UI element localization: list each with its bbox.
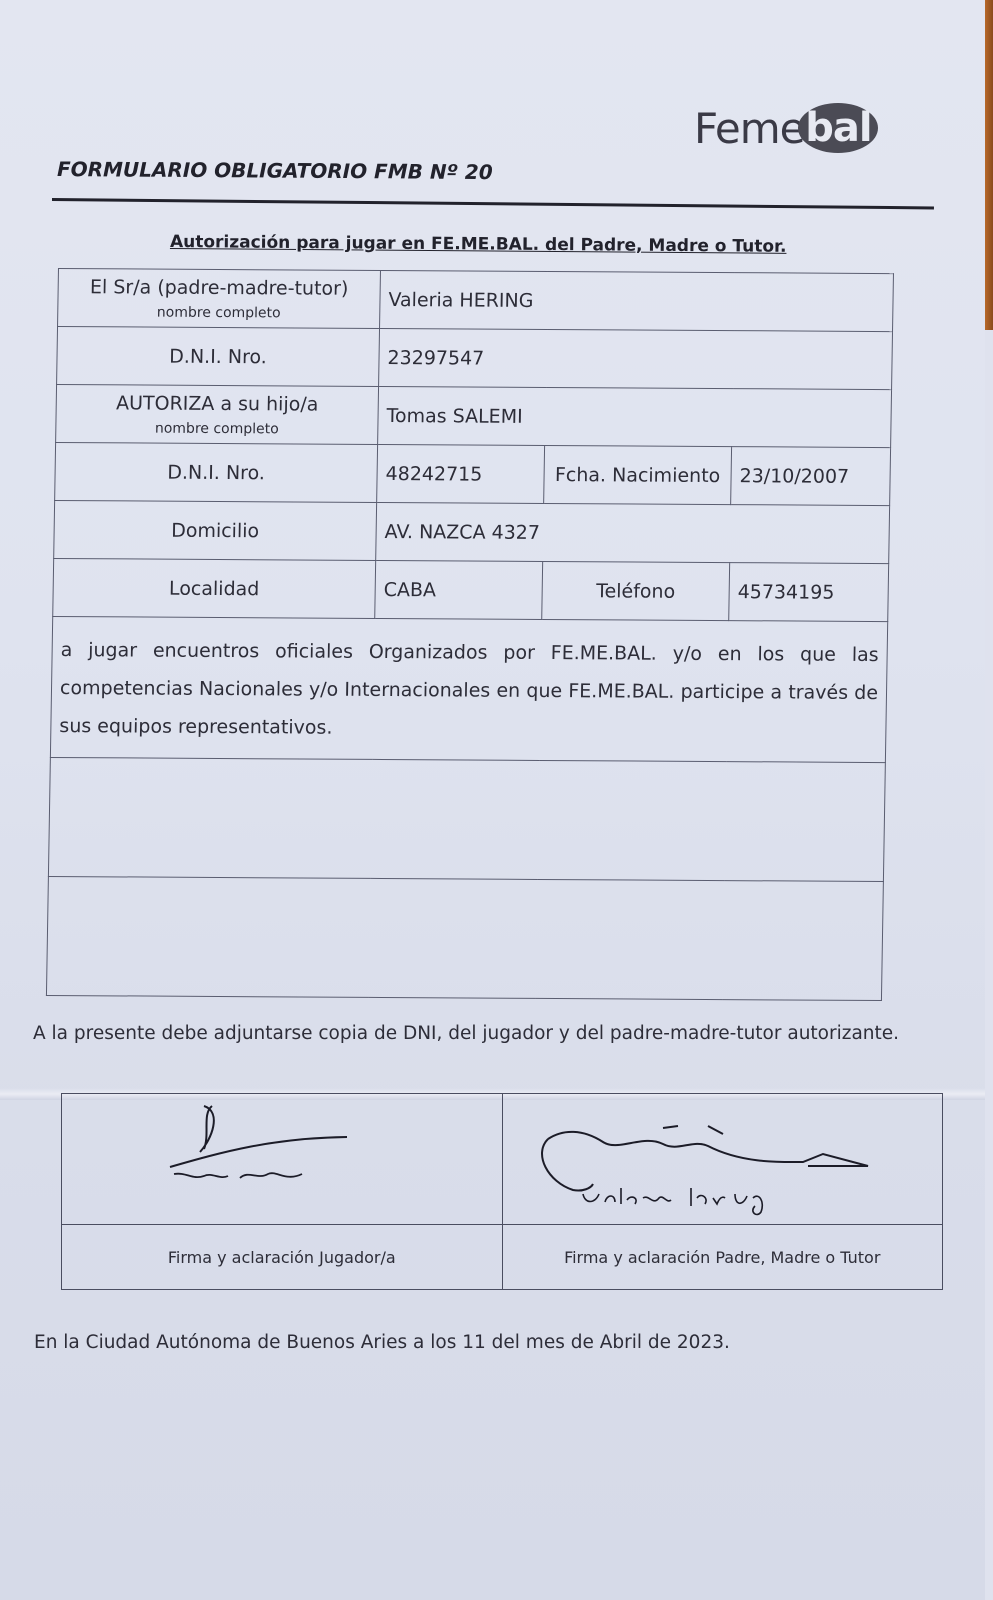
table-row: Firma y aclaración Jugador/a Firma y acl… bbox=[62, 1225, 943, 1290]
player-signature-icon: Tomás Salemi bbox=[62, 1094, 502, 1222]
phone-label: Teléfono bbox=[542, 561, 730, 620]
child-dni-label: D.N.I. Nro. bbox=[55, 442, 378, 502]
logo-badge: bal bbox=[798, 103, 878, 153]
locality-field[interactable]: CABA bbox=[375, 560, 543, 619]
player-signature-caption: Firma y aclaración Jugador/a bbox=[62, 1225, 503, 1290]
blank-row bbox=[46, 876, 883, 1000]
table-row bbox=[46, 876, 883, 1000]
table-row bbox=[48, 757, 885, 881]
parent-dni-label: D.N.I. Nro. bbox=[57, 326, 380, 386]
player-signature-box[interactable]: Tomás Salemi bbox=[62, 1094, 503, 1225]
signature-table: Tomás Salemi Firma y aclaración Jugador/… bbox=[61, 1093, 943, 1290]
parent-name-label: El Sr/a (padre-madre-tutor) nombre compl… bbox=[58, 269, 381, 329]
guardian-signature-icon bbox=[503, 1094, 943, 1222]
blank-row bbox=[48, 757, 885, 881]
child-name-field[interactable]: Tomas SALEMI bbox=[378, 386, 892, 447]
child-dni-field[interactable]: 48242715 bbox=[377, 444, 545, 503]
child-name-sublabel: nombre completo bbox=[64, 420, 369, 438]
table-row: El Sr/a (padre-madre-tutor) nombre compl… bbox=[58, 269, 894, 332]
femebal-logo-icon: Feme bal bbox=[694, 100, 878, 156]
table-row: Tomás Salemi bbox=[62, 1094, 943, 1225]
table-row: Localidad CABA Teléfono 45734195 bbox=[53, 558, 889, 621]
table-row: D.N.I. Nro. 48242715 Fcha. Nacimiento 23… bbox=[55, 442, 891, 505]
birth-date-label: Fcha. Nacimiento bbox=[544, 445, 732, 504]
parent-name-sublabel: nombre completo bbox=[66, 304, 371, 322]
address-field[interactable]: AV. NAZCA 4327 bbox=[376, 502, 890, 563]
table-row: D.N.I. Nro. 23297547 bbox=[57, 326, 893, 389]
table-row: Domicilio AV. NAZCA 4327 bbox=[54, 500, 890, 563]
closing-statement: En la Ciudad Autónoma de Buenos Aries a … bbox=[34, 1332, 730, 1353]
table-row: AUTORIZA a su hijo/a nombre completo Tom… bbox=[56, 384, 892, 447]
authorization-table: El Sr/a (padre-madre-tutor) nombre compl… bbox=[46, 268, 894, 1001]
authorization-text: a jugar encuentros oficiales Organizados… bbox=[50, 616, 887, 762]
guardian-signature-box[interactable] bbox=[502, 1094, 943, 1225]
parent-name-field[interactable]: Valeria HERING bbox=[380, 270, 894, 331]
form-title: FORMULARIO OBLIGATORIO FMB Nº 20 bbox=[57, 157, 493, 184]
parent-dni-field[interactable]: 23297547 bbox=[379, 328, 893, 389]
locality-label: Localidad bbox=[53, 558, 376, 618]
table-row: a jugar encuentros oficiales Organizados… bbox=[50, 616, 887, 762]
child-name-label: AUTORIZA a su hijo/a nombre completo bbox=[56, 384, 379, 444]
birth-date-field[interactable]: 23/10/2007 bbox=[731, 447, 891, 506]
guardian-signature-caption: Firma y aclaración Padre, Madre o Tutor bbox=[502, 1225, 943, 1290]
address-label: Domicilio bbox=[54, 500, 377, 560]
phone-field[interactable]: 45734195 bbox=[729, 563, 889, 622]
svg-text:Tomás Salemi: Tomás Salemi bbox=[172, 1094, 180, 1095]
logo-text: Feme bbox=[694, 104, 804, 153]
background-table-edge bbox=[985, 0, 993, 330]
attachment-note: A la presente debe adjuntarse copia de D… bbox=[33, 1023, 899, 1044]
